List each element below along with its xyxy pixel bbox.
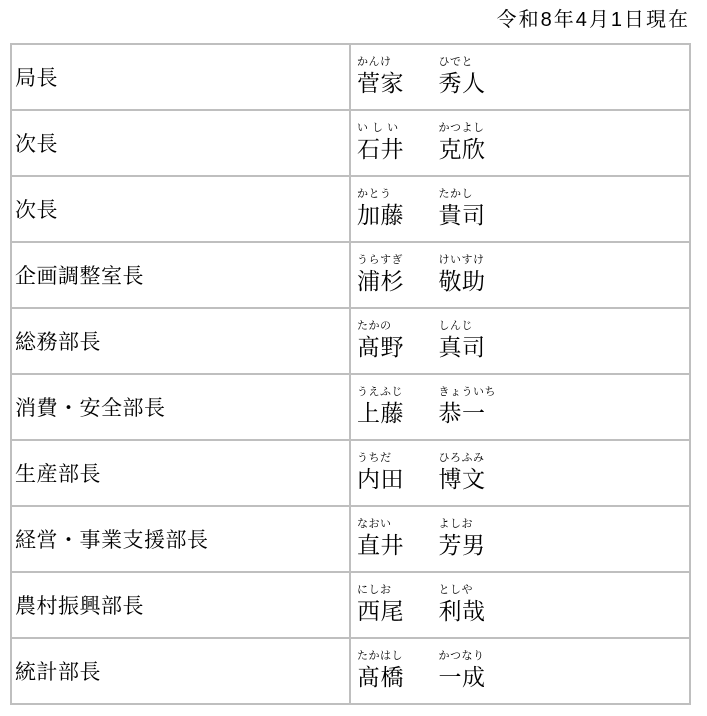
family-name: たかの 髙野 — [357, 319, 404, 361]
given-name-furigana: しんじ — [438, 319, 485, 333]
name-cell: にしお 西尾 としや 利哉 — [350, 572, 690, 638]
family-name-furigana: うらすぎ — [357, 253, 404, 267]
family-name-kanji: 髙橋 — [357, 663, 404, 691]
given-name: よしお 芳男 — [438, 517, 485, 559]
date-header: 令和8年4月1日現在 — [0, 0, 707, 33]
name-cell: うちだ 内田 ひろふみ 博文 — [350, 440, 690, 506]
given-name: しんじ 真司 — [438, 319, 485, 361]
family-name-furigana: なおい — [357, 517, 404, 531]
given-name-kanji: 敬助 — [438, 267, 485, 295]
given-name-furigana: かつなり — [438, 649, 485, 663]
given-name-furigana: としや — [438, 583, 485, 597]
position-label: 生産部長 — [15, 463, 101, 486]
given-name: ひでと 秀人 — [438, 55, 485, 97]
name-cell: たかの 髙野 しんじ 真司 — [350, 308, 690, 374]
family-name-furigana: たかの — [357, 319, 404, 333]
table-row: 局長 かんけ 菅家 ひでと 秀人 — [11, 44, 690, 110]
table-row: 次長 かとう 加藤 たかし 貴司 — [11, 176, 690, 242]
position-cell: 総務部長 — [11, 308, 350, 374]
table-row: 企画調整室長 うらすぎ 浦杉 けいすけ 敬助 — [11, 242, 690, 308]
name-cell: うえふじ 上藤 きょういち 恭一 — [350, 374, 690, 440]
family-name-kanji: 西尾 — [357, 597, 404, 625]
given-name: ひろふみ 博文 — [438, 451, 485, 493]
given-name-kanji: 博文 — [438, 465, 485, 493]
given-name: かつなり 一成 — [438, 649, 485, 691]
position-cell: 経営・事業支援部長 — [11, 506, 350, 572]
name-cell: うらすぎ 浦杉 けいすけ 敬助 — [350, 242, 690, 308]
family-name-furigana: うちだ — [357, 451, 404, 465]
given-name-kanji: 一成 — [438, 663, 485, 691]
family-name: にしお 西尾 — [357, 583, 404, 625]
position-cell: 統計部長 — [11, 638, 350, 704]
position-cell: 消費・安全部長 — [11, 374, 350, 440]
position-cell: 企画調整室長 — [11, 242, 350, 308]
family-name-furigana: うえふじ — [357, 385, 404, 399]
given-name-furigana: ひろふみ — [438, 451, 485, 465]
position-label: 企画調整室長 — [15, 265, 144, 288]
given-name-furigana: ひでと — [438, 55, 485, 69]
position-label: 経営・事業支援部長 — [15, 529, 209, 552]
given-name-kanji: 秀人 — [438, 69, 485, 97]
family-name-furigana: い し い — [357, 121, 404, 135]
position-cell: 次長 — [11, 176, 350, 242]
given-name: たかし 貴司 — [438, 187, 485, 229]
given-name-furigana: けいすけ — [438, 253, 485, 267]
staff-table-body: 局長 かんけ 菅家 ひでと 秀人 次長 い し い 石井 かつよし 克欣 — [11, 44, 690, 704]
family-name-furigana: たかはし — [357, 649, 404, 663]
given-name-furigana: よしお — [438, 517, 485, 531]
family-name: うえふじ 上藤 — [357, 385, 404, 427]
table-row: 消費・安全部長 うえふじ 上藤 きょういち 恭一 — [11, 374, 690, 440]
family-name: うらすぎ 浦杉 — [357, 253, 404, 295]
given-name-furigana: きょういち — [438, 385, 496, 399]
family-name-kanji: 浦杉 — [357, 267, 404, 295]
table-row: 経営・事業支援部長 なおい 直井 よしお 芳男 — [11, 506, 690, 572]
position-label: 農村振興部長 — [15, 595, 144, 618]
given-name: かつよし 克欣 — [438, 121, 485, 163]
table-row: 総務部長 たかの 髙野 しんじ 真司 — [11, 308, 690, 374]
family-name-furigana: かとう — [357, 187, 404, 201]
family-name-kanji: 菅家 — [357, 69, 404, 97]
family-name: うちだ 内田 — [357, 451, 404, 493]
given-name-kanji: 真司 — [438, 333, 485, 361]
given-name-kanji: 恭一 — [438, 399, 496, 427]
position-label: 総務部長 — [15, 331, 101, 354]
family-name-kanji: 直井 — [357, 531, 404, 559]
staff-table: 局長 かんけ 菅家 ひでと 秀人 次長 い し い 石井 かつよし 克欣 — [10, 43, 691, 705]
given-name-kanji: 芳男 — [438, 531, 485, 559]
position-cell: 農村振興部長 — [11, 572, 350, 638]
position-label: 次長 — [15, 133, 58, 156]
family-name-kanji: 上藤 — [357, 399, 404, 427]
given-name: きょういち 恭一 — [438, 385, 496, 427]
name-cell: い し い 石井 かつよし 克欣 — [350, 110, 690, 176]
family-name-furigana: かんけ — [357, 55, 404, 69]
family-name-kanji: 髙野 — [357, 333, 404, 361]
position-label: 局長 — [15, 67, 58, 90]
table-row: 次長 い し い 石井 かつよし 克欣 — [11, 110, 690, 176]
table-row: 生産部長 うちだ 内田 ひろふみ 博文 — [11, 440, 690, 506]
given-name-furigana: たかし — [438, 187, 485, 201]
given-name: としや 利哉 — [438, 583, 485, 625]
family-name: かとう 加藤 — [357, 187, 404, 229]
given-name: けいすけ 敬助 — [438, 253, 485, 295]
name-cell: なおい 直井 よしお 芳男 — [350, 506, 690, 572]
table-row: 統計部長 たかはし 髙橋 かつなり 一成 — [11, 638, 690, 704]
position-label: 消費・安全部長 — [15, 397, 166, 420]
given-name-kanji: 克欣 — [438, 135, 485, 163]
family-name: なおい 直井 — [357, 517, 404, 559]
family-name: たかはし 髙橋 — [357, 649, 404, 691]
family-name-furigana: にしお — [357, 583, 404, 597]
position-label: 次長 — [15, 199, 58, 222]
given-name-kanji: 貴司 — [438, 201, 485, 229]
given-name-furigana: かつよし — [438, 121, 485, 135]
position-cell: 次長 — [11, 110, 350, 176]
name-cell: たかはし 髙橋 かつなり 一成 — [350, 638, 690, 704]
family-name-kanji: 加藤 — [357, 201, 404, 229]
family-name-kanji: 石井 — [357, 135, 404, 163]
family-name: い し い 石井 — [357, 121, 404, 163]
family-name: かんけ 菅家 — [357, 55, 404, 97]
position-label: 統計部長 — [15, 661, 101, 684]
position-cell: 生産部長 — [11, 440, 350, 506]
name-cell: かとう 加藤 たかし 貴司 — [350, 176, 690, 242]
family-name-kanji: 内田 — [357, 465, 404, 493]
name-cell: かんけ 菅家 ひでと 秀人 — [350, 44, 690, 110]
table-row: 農村振興部長 にしお 西尾 としや 利哉 — [11, 572, 690, 638]
position-cell: 局長 — [11, 44, 350, 110]
given-name-kanji: 利哉 — [438, 597, 485, 625]
